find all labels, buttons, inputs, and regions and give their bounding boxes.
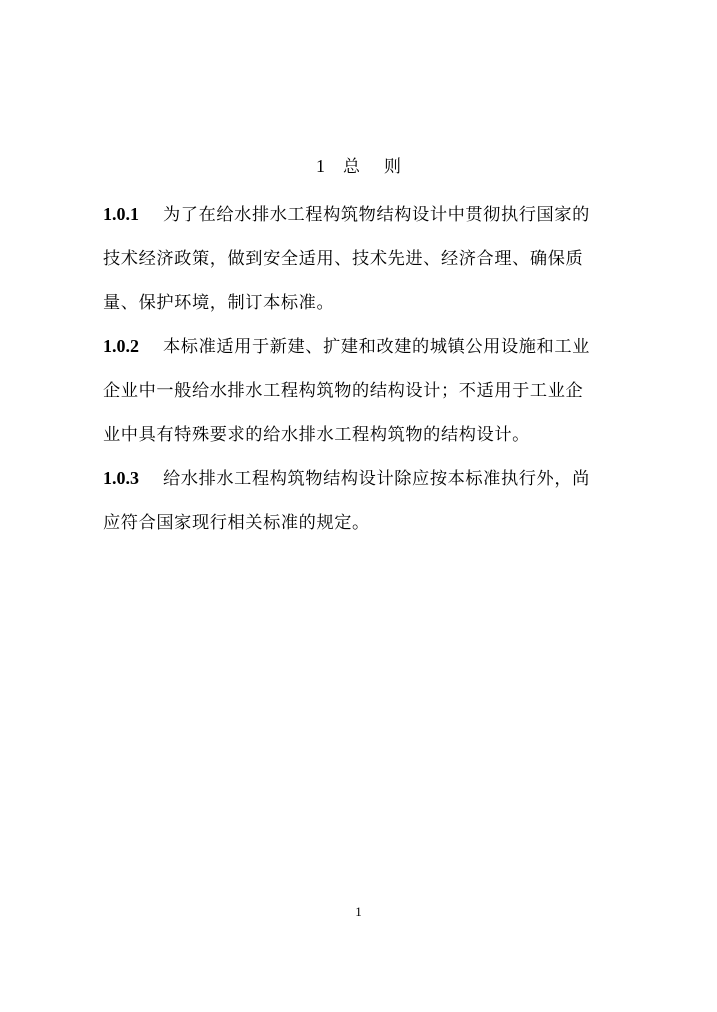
clause-number: 1.0.2: [103, 336, 163, 357]
clause-number: 1.0.3: [103, 468, 163, 489]
clause-2-line-1: 1.0.2本标准适用于新建、扩建和改建的城镇公用设施和工业: [103, 332, 623, 357]
chapter-title-char-2: 则: [384, 157, 401, 177]
page-number: 1: [0, 904, 717, 920]
clause-3-line-1: 1.0.3给水排水工程构筑物结构设计除应按本标准执行外，尚: [103, 464, 623, 489]
clause-2-line-2: 企业中一般给水排水工程构筑物的结构设计；不适用于工业企: [103, 376, 623, 401]
chapter-title-char-1: 总: [343, 157, 360, 177]
clause-2-line-3: 业中具有特殊要求的给水排水工程构筑物的结构设计。: [103, 420, 623, 445]
clause-text: 本标准适用于新建、扩建和改建的城镇公用设施和工业: [163, 337, 590, 357]
clause-1-line-2: 技术经济政策，做到安全适用、技术先进、经济合理、确保质: [103, 244, 623, 269]
clause-text: 给水排水工程构筑物结构设计除应按本标准执行外，尚: [163, 469, 590, 489]
clause-1-line-1: 1.0.1为了在给水排水工程构筑物结构设计中贯彻执行国家的: [103, 200, 623, 225]
clause-text: 为了在给水排水工程构筑物结构设计中贯彻执行国家的: [163, 205, 590, 225]
clause-1-line-3: 量、保护环境，制订本标准。: [103, 288, 623, 313]
chapter-number: 1: [316, 156, 325, 176]
chapter-title: 1总则: [0, 152, 717, 177]
clause-number: 1.0.1: [103, 204, 163, 225]
clause-3-line-2: 应符合国家现行相关标准的规定。: [103, 508, 623, 533]
